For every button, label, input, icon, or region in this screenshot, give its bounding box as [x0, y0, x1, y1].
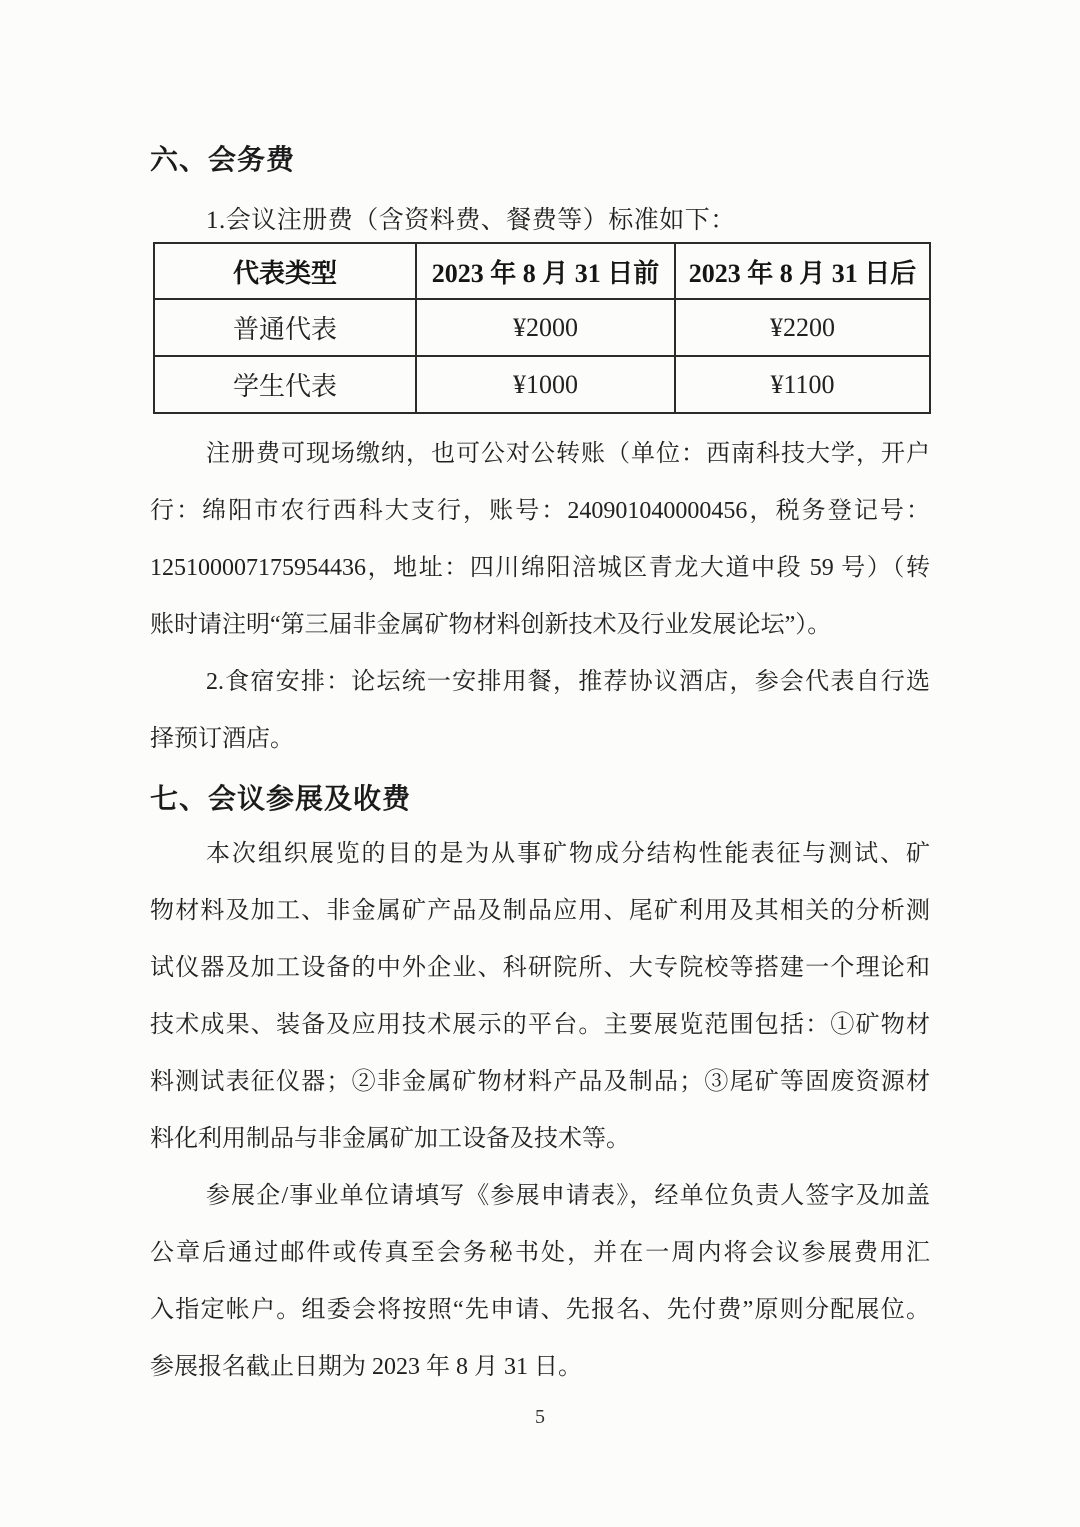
text-line: 账时请注明“第三届非金属矿物材料创新技术及行业发展论坛”）。	[150, 597, 930, 654]
text-line: 参展企/事业单位请填写《参展申请表》，经单位负责人签字及加盖	[150, 1168, 930, 1225]
text-line: 料测试表征仪器；②非金属矿物材料产品及制品；③尾矿等固废资源材	[150, 1054, 930, 1111]
text-line: 本次组织展览的目的是为从事矿物成分结构性能表征与测试、矿	[150, 826, 930, 883]
text-line: 2.食宿安排：论坛统一安排用餐，推荐协议酒店，参会代表自行选	[150, 654, 930, 711]
text-line: 技术成果、装备及应用技术展示的平台。主要展览范围包括：①矿物材	[150, 997, 930, 1054]
fee-table-header-before: 2023 年 8 月 31 日前	[416, 243, 675, 299]
fee-cell-type: 学生代表	[154, 356, 416, 413]
text-line: 注册费可现场缴纳，也可公对公转账（单位：西南科技大学，开户	[150, 426, 930, 483]
text-line: 125100007175954436，地址：四川绵阳涪城区青龙大道中段 59 号…	[150, 540, 930, 597]
payment-paragraph: 注册费可现场缴纳，也可公对公转账（单位：西南科技大学，开户 行：绵阳市农行西科大…	[150, 426, 930, 654]
fee-table: 代表类型 2023 年 8 月 31 日前 2023 年 8 月 31 日后 普…	[153, 242, 931, 414]
text-line: 择预订酒店。	[150, 711, 930, 768]
exhibition-purpose-paragraph: 本次组织展览的目的是为从事矿物成分结构性能表征与测试、矿 物材料及加工、非金属矿…	[150, 826, 930, 1168]
fee-cell-after: ¥1100	[675, 356, 930, 413]
fee-cell-before: ¥1000	[416, 356, 675, 413]
fee-cell-before: ¥2000	[416, 299, 675, 356]
section-7-heading: 七、会议参展及收费	[150, 778, 930, 820]
text-line: 料化利用制品与非金属矿加工设备及技术等。	[150, 1111, 930, 1168]
lodging-paragraph: 2.食宿安排：论坛统一安排用餐，推荐协议酒店，参会代表自行选 择预订酒店。	[150, 654, 930, 768]
fee-table-header-row: 代表类型 2023 年 8 月 31 日前 2023 年 8 月 31 日后	[154, 243, 930, 299]
document-page: 六、会务费 1.会议注册费（含资料费、餐费等）标准如下： 代表类型 2023 年…	[0, 0, 1080, 1527]
exhibition-apply-paragraph: 参展企/事业单位请填写《参展申请表》，经单位负责人签字及加盖 公章后通过邮件或传…	[150, 1168, 930, 1396]
fee-table-row-regular: 普通代表 ¥2000 ¥2200	[154, 299, 930, 356]
fee-table-header-after: 2023 年 8 月 31 日后	[675, 243, 930, 299]
text-line: 入指定帐户。组委会将按照“先申请、先报名、先付费”原则分配展位。	[150, 1282, 930, 1339]
fee-table-header-type: 代表类型	[154, 243, 416, 299]
text-line: 物材料及加工、非金属矿产品及制品应用、尾矿利用及其相关的分析测	[150, 883, 930, 940]
page-number: 5	[150, 1402, 930, 1432]
fee-cell-after: ¥2200	[675, 299, 930, 356]
text-line: 参展报名截止日期为 2023 年 8 月 31 日。	[150, 1339, 930, 1396]
text-line: 公章后通过邮件或传真至会务秘书处，并在一周内将会议参展费用汇	[150, 1225, 930, 1282]
text-line: 试仪器及加工设备的中外企业、科研院所、大专院校等搭建一个理论和	[150, 940, 930, 997]
section-6-intro: 1.会议注册费（含资料费、餐费等）标准如下：	[150, 200, 930, 242]
fee-table-row-student: 学生代表 ¥1000 ¥1100	[154, 356, 930, 413]
text-line: 行：绵阳市农行西科大支行，账号：240901040000456，税务登记号：	[150, 483, 930, 540]
section-6-heading: 六、会务费	[150, 140, 930, 180]
fee-cell-type: 普通代表	[154, 299, 416, 356]
